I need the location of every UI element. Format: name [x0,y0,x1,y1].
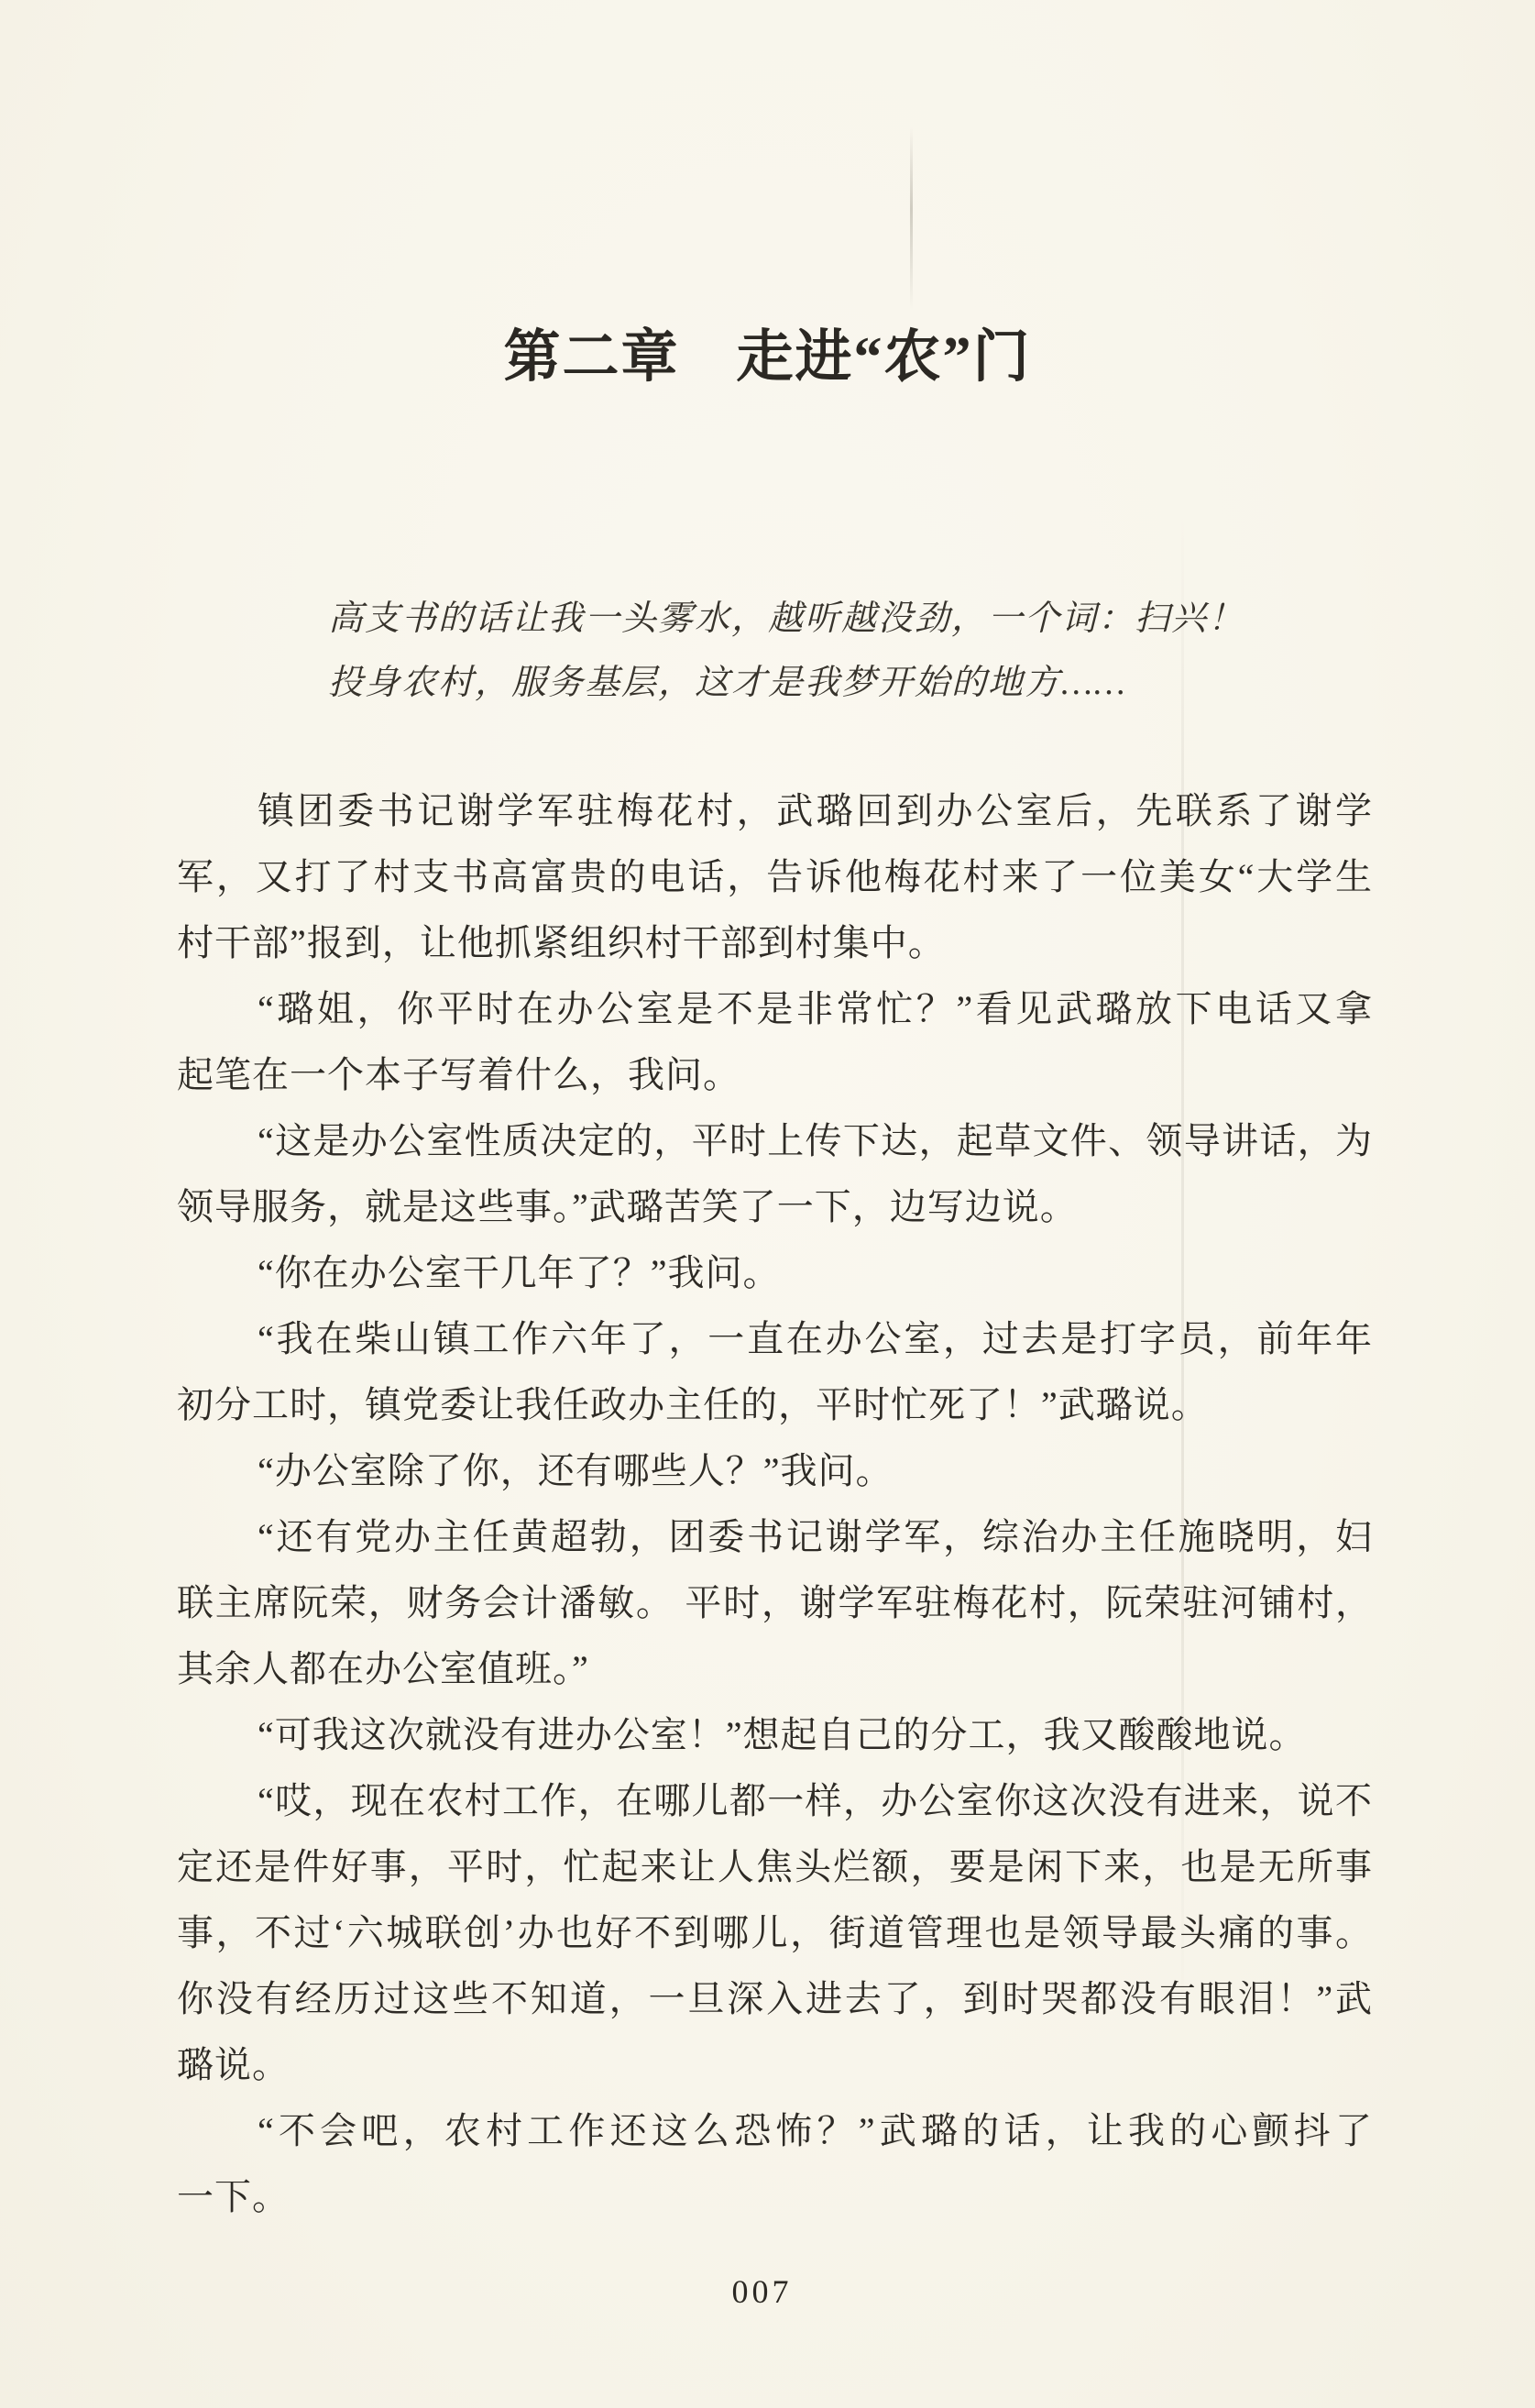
body-line: 镇团委书记谢学军驻梅花村，武璐回到办公室后，先联系了谢学 [177,778,1372,844]
body-line: 起笔在一个本子写着什么，我问。 [177,1042,1372,1108]
body-line: “你在办公室干几年了？”我问。 [177,1240,1372,1306]
chapter-title: 走进“农”门 [737,326,1032,389]
body-line: 璐说。 [177,2032,1372,2098]
book-page: 第二章 走进“农”门 高支书的话让我一头雾水，越听越没劲，一个词：扫兴！投身农村… [0,0,1535,2408]
scan-crease [910,126,913,310]
epigraph-line: 高支书的话让我一头雾水，越听越没劲，一个词：扫兴！ [328,587,1244,651]
body-line: 定还是件好事，平时，忙起来让人焦头烂额，要是闲下来，也是无所事 [177,1834,1372,1900]
body-line: 领导服务，就是这些事。”武璐苦笑了一下，边写边说。 [177,1174,1372,1240]
body-line: 一下。 [177,2164,1372,2230]
epigraph: 高支书的话让我一头雾水，越听越没劲，一个词：扫兴！投身农村，服务基层，这才是我梦… [328,587,1244,715]
body-line: 军，又打了村支书高富贵的电话，告诉他梅花村来了一位美女“大学生 [177,844,1372,910]
chapter-label: 第二章 [503,326,679,389]
body-line: 初分工时，镇党委让我任政办主任的，平时忙死了！”武璐说。 [177,1372,1372,1438]
body-line: 其余人都在办公室值班。” [177,1636,1372,1702]
body-line: “我在柴山镇工作六年了，一直在办公室，过去是打字员，前年年 [177,1306,1372,1372]
body-line: “不会吧，农村工作还这么恐怖？”武璐的话，让我的心颤抖了 [177,2098,1372,2164]
page-number: 007 [0,2273,1530,2310]
epigraph-line: 投身农村，服务基层，这才是我梦开始的地方…… [328,651,1244,715]
body-line: “哎，现在农村工作，在哪儿都一样，办公室你这次没有进来，说不 [177,1768,1372,1834]
body-line: 村干部”报到，让他抓紧组织村干部到村集中。 [177,910,1372,976]
chapter-heading: 第二章 走进“农”门 [0,326,1535,389]
body-line: “璐姐，你平时在办公室是不是非常忙？”看见武璐放下电话又拿 [177,976,1372,1042]
body-line: “还有党办主任黄超勃，团委书记谢学军，综治办主任施晓明，妇 [177,1504,1372,1570]
body-line: 事，不过‘六城联创’办也好不到哪儿，街道管理也是领导最头痛的事。 [177,1900,1372,1966]
body-line: “这是办公室性质决定的，平时上传下达，起草文件、领导讲话，为 [177,1108,1372,1174]
body-line: “可我这次就没有进办公室！”想起自己的分工，我又酸酸地说。 [177,1702,1372,1768]
body-line: “办公室除了你，还有哪些人？”我问。 [177,1438,1372,1504]
body-line: 你没有经历过这些不知道，一旦深入进去了，到时哭都没有眼泪！”武 [177,1966,1372,2032]
body-text: 镇团委书记谢学军驻梅花村，武璐回到办公室后，先联系了谢学军，又打了村支书高富贵的… [177,778,1372,2230]
body-line: 联主席阮荣，财务会计潘敏。 平时，谢学军驻梅花村，阮荣驻河铺村， [177,1570,1372,1636]
